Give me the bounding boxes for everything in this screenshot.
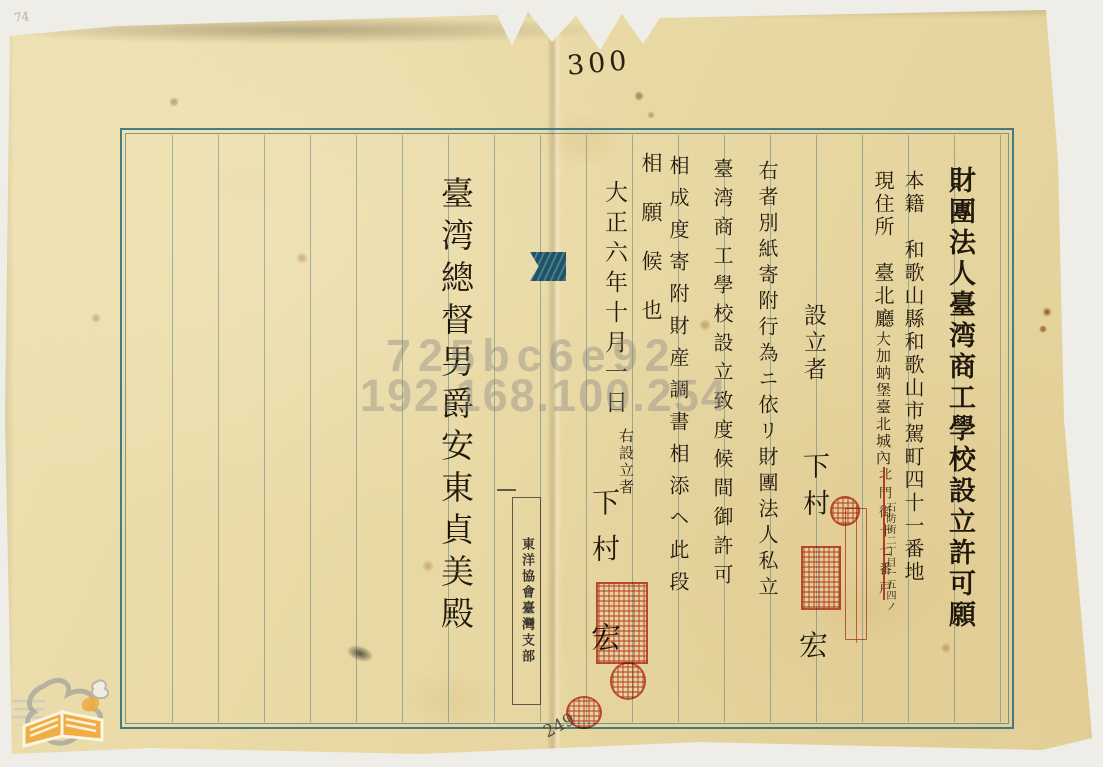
- body-column-3: 相成度寄附財産調書相添ヘ此段: [664, 155, 693, 603]
- page-number-top: 300: [566, 45, 632, 81]
- genjusho-column: 現住所 臺北廳大加蚋堡臺北城內北門街十七番戸 石防街二丁目一五四ノ: [852, 170, 898, 710]
- addressee-column: 臺湾總督男爵安東貞美殿: [432, 176, 479, 638]
- genjusho-main-text: 現住所 臺北廳: [871, 170, 895, 331]
- signer-label: 右設立者: [616, 428, 637, 496]
- signer-surname: 下村: [584, 487, 624, 581]
- founder-label: 設立者: [797, 303, 830, 384]
- body-column-4: 相願候也: [636, 152, 666, 348]
- genjusho-side-note: 石防街二丁目一五四ノ: [882, 502, 897, 612]
- founder-given: 宏: [792, 629, 833, 660]
- stationery-imprint-box: 東洋協會臺灣支部: [512, 497, 541, 705]
- signature-seal-round: [610, 662, 646, 700]
- genjusho-small-text: 大加蚋堡臺北城內: [874, 331, 892, 467]
- body-column-2: 臺湾商工學校設立致度候間御許可: [708, 158, 737, 593]
- archive-logo: [10, 670, 128, 767]
- signer-given: 宏: [580, 620, 624, 653]
- corner-mark: 74: [13, 9, 30, 25]
- founder-surname: 下村: [794, 451, 833, 526]
- scan-backing: 財團法人臺湾商工學校設立許可願 本籍 和歌山縣和歌山市駕町四十一番地 現住所 臺…: [0, 0, 1103, 767]
- body-column-1: 右者別紙寄附行為ニ依リ財團法人私立: [753, 160, 782, 602]
- honseki-column: 本籍 和歌山縣和歌山市駕町四十一番地: [899, 170, 928, 584]
- stationery-imprint-text: 東洋協會臺灣支部: [517, 537, 536, 665]
- founder-seal: [801, 546, 841, 610]
- date-column: 大正六年十月一日: [598, 180, 631, 420]
- open-book-icon: [10, 670, 128, 765]
- title-column: 財團法人臺湾商工學校設立許可願: [940, 166, 979, 631]
